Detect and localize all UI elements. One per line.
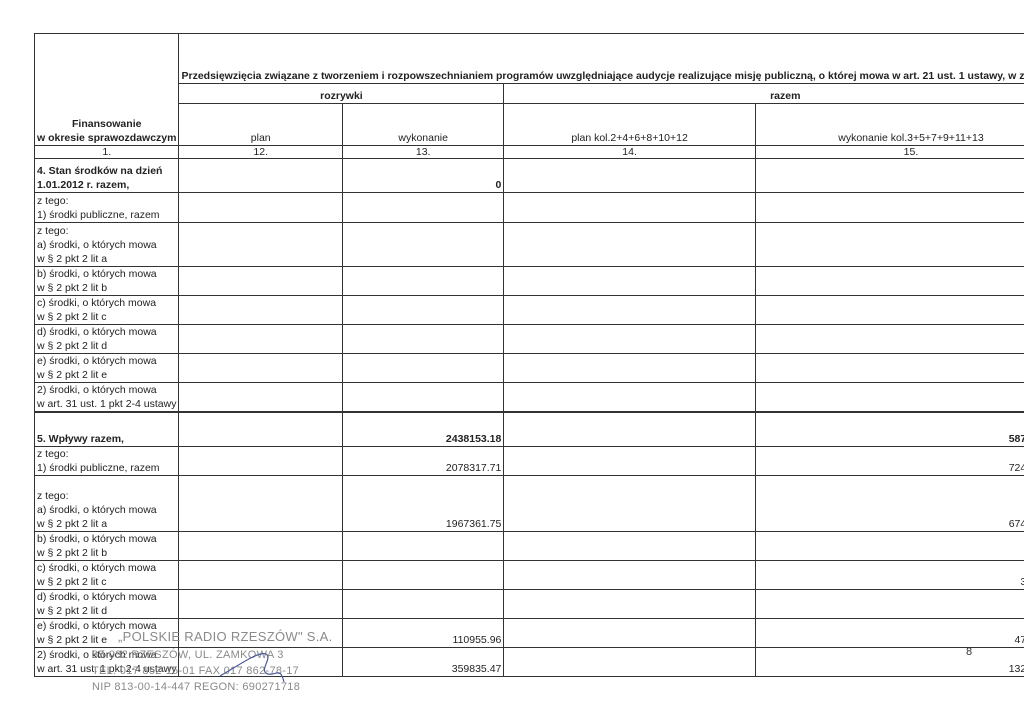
- table-row: z tego: 1) środki publiczne, razem: [35, 193, 1024, 223]
- table-row: b) środki, o których mowa w § 2 pkt 2 li…: [35, 267, 1024, 296]
- value-cell: 5876379.41: [755, 412, 1024, 446]
- value-cell: [755, 383, 1024, 413]
- value-cell: [342, 531, 503, 560]
- row-label: b) środki, o których mowa w § 2 pkt 2 li…: [35, 531, 179, 560]
- value-cell: [179, 412, 342, 446]
- value-cell: [504, 193, 755, 223]
- value-cell: 6740537.09: [755, 475, 1024, 531]
- value-cell: 35247.98: [755, 560, 1024, 589]
- value-cell: [179, 193, 342, 223]
- value-cell: [179, 589, 342, 618]
- row-label: 4. Stan środków na dzień 1.01.2012 r. ra…: [35, 159, 179, 193]
- rozrywki-header: rozrywki: [179, 84, 504, 104]
- value-cell: [755, 531, 1024, 560]
- row-label: z tego: a) środki, o których mowa w § 2 …: [35, 475, 179, 531]
- row-label: 5. Wpływy razem,: [35, 412, 179, 446]
- value-cell: [179, 267, 342, 296]
- value-cell: [504, 589, 755, 618]
- value-cell: [179, 159, 342, 193]
- page-number: 8: [966, 646, 972, 658]
- table-row: d) środki, o których mowa w § 2 pkt 2 li…: [35, 325, 1024, 354]
- row-label: d) środki, o których mowa w § 2 pkt 2 li…: [35, 325, 179, 354]
- value-cell: [179, 354, 342, 383]
- column-number: 1.: [35, 146, 179, 159]
- value-cell: [342, 589, 503, 618]
- value-cell: [179, 325, 342, 354]
- table-row: c) środki, o których mowa w § 2 pkt 2 li…: [35, 296, 1024, 325]
- value-cell: [504, 531, 755, 560]
- value-cell: 359835.47: [342, 647, 503, 676]
- value-cell: [504, 325, 755, 354]
- value-cell: [504, 296, 755, 325]
- row-label: e) środki, o których mowa w § 2 pkt 2 li…: [35, 354, 179, 383]
- razem-plan-header: plan kol.2+4+6+8+10+12: [504, 104, 755, 146]
- column-numbers-row: 1.12.13.14.15.16.17.18.19.20.21.: [35, 146, 1024, 159]
- table-row: d) środki, o których mowa w § 2 pkt 2 li…: [35, 589, 1024, 618]
- table-row: 4. Stan środków na dzień 1.01.2012 r. ra…: [35, 159, 1024, 193]
- value-cell: [755, 296, 1024, 325]
- value-cell: [504, 354, 755, 383]
- value-cell: 2078317.71: [342, 446, 503, 475]
- value-cell: [179, 223, 342, 267]
- value-cell: [504, 647, 755, 676]
- table-row: z tego: 1) środki publiczne, razem207831…: [35, 446, 1024, 475]
- value-cell: [755, 354, 1024, 383]
- value-cell: 1329012.38: [755, 647, 1024, 676]
- table-row: c) środki, o których mowa w § 2 pkt 2 li…: [35, 560, 1024, 589]
- value-cell: [504, 267, 755, 296]
- row-label: 2) środki, o których mowa w art. 31 ust.…: [35, 383, 179, 413]
- razem-wykonanie-header: wykonanie kol.3+5+7+9+11+13: [755, 104, 1024, 146]
- table-row: b) środki, o których mowa w § 2 pkt 2 li…: [35, 531, 1024, 560]
- value-cell: [755, 325, 1024, 354]
- column-number: 12.: [179, 146, 342, 159]
- value-cell: [504, 560, 755, 589]
- signature-icon: [218, 646, 288, 686]
- value-cell: [755, 193, 1024, 223]
- value-cell: [504, 383, 755, 413]
- value-cell: 110955.96: [342, 618, 503, 647]
- value-cell: [179, 560, 342, 589]
- table-row: 2) środki, o których mowa w art. 31 ust.…: [35, 383, 1024, 413]
- value-cell: 7247367.03: [755, 446, 1024, 475]
- value-cell: [755, 267, 1024, 296]
- value-cell: 471581.96: [755, 618, 1024, 647]
- value-cell: [342, 560, 503, 589]
- table-row: z tego: a) środki, o których mowa w § 2 …: [35, 475, 1024, 531]
- table-row: 5. Wpływy razem,2438153.185876379.411857…: [35, 412, 1024, 446]
- value-cell: 0: [755, 159, 1024, 193]
- group-title: Przedsięwzięcia związane z tworzeniem i …: [179, 34, 1024, 84]
- value-cell: [504, 618, 755, 647]
- value-cell: [342, 383, 503, 413]
- value-cell: [342, 296, 503, 325]
- row-label: c) środki, o których mowa w § 2 pkt 2 li…: [35, 560, 179, 589]
- value-cell: [179, 296, 342, 325]
- column-number: 14.: [504, 146, 755, 159]
- value-cell: [342, 223, 503, 267]
- table-row: e) środki, o których mowa w § 2 pkt 2 li…: [35, 354, 1024, 383]
- value-cell: [342, 325, 503, 354]
- value-cell: [504, 223, 755, 267]
- value-cell: 2438153.18: [342, 412, 503, 446]
- value-cell: [504, 159, 755, 193]
- value-cell: [504, 412, 755, 446]
- column-number: 15.: [755, 146, 1024, 159]
- value-cell: [504, 446, 755, 475]
- value-cell: [755, 223, 1024, 267]
- value-cell: [342, 354, 503, 383]
- value-cell: [755, 589, 1024, 618]
- value-cell: 1967361.75: [342, 475, 503, 531]
- stamp-company-name: „POLSKIE RADIO RZESZÓW" S.A.: [118, 630, 333, 644]
- razem-header: razem: [504, 84, 1024, 104]
- value-cell: [504, 475, 755, 531]
- value-cell: [179, 383, 342, 413]
- wykonanie-header: wykonanie: [342, 104, 503, 146]
- value-cell: [342, 267, 503, 296]
- value-cell: [179, 475, 342, 531]
- plan-header: plan: [179, 104, 342, 146]
- value-cell: [342, 193, 503, 223]
- row-label: b) środki, o których mowa w § 2 pkt 2 li…: [35, 267, 179, 296]
- row-label: z tego: a) środki, o których mowa w § 2 …: [35, 223, 179, 267]
- row-label: z tego: 1) środki publiczne, razem: [35, 193, 179, 223]
- value-cell: [179, 446, 342, 475]
- value-cell: 0: [342, 159, 503, 193]
- financing-header: Finansowaniew okresie sprawozdawczym: [35, 34, 179, 146]
- row-label: d) środki, o których mowa w § 2 pkt 2 li…: [35, 589, 179, 618]
- financial-report-table: Finansowaniew okresie sprawozdawczym Prz…: [34, 33, 1024, 677]
- row-label: z tego: 1) środki publiczne, razem: [35, 446, 179, 475]
- table-row: z tego: a) środki, o których mowa w § 2 …: [35, 223, 1024, 267]
- column-number: 13.: [342, 146, 503, 159]
- row-label: c) środki, o których mowa w § 2 pkt 2 li…: [35, 296, 179, 325]
- value-cell: [179, 531, 342, 560]
